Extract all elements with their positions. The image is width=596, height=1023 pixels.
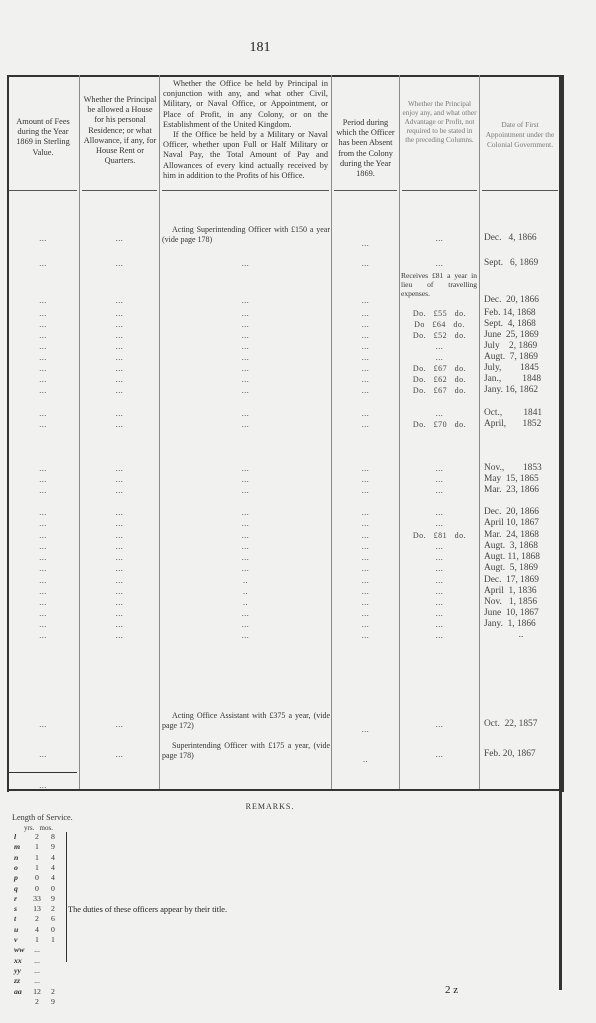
- header-office-part2: If the Office be held by a Military or N…: [163, 130, 328, 181]
- returns-table: [7, 75, 564, 792]
- cell-advantage: ...: [402, 586, 477, 597]
- cell-absent: ...: [334, 552, 397, 563]
- service-yrs: 2: [28, 832, 46, 842]
- service-mos: 2: [46, 987, 60, 997]
- cell-advantage: ...: [402, 258, 477, 269]
- cell-office: ...: [162, 419, 329, 430]
- service-officer-key: v: [14, 935, 28, 945]
- cell-advantage: ...: [402, 597, 477, 608]
- cell-house: ...: [82, 518, 157, 529]
- cell-appointment-date: Dec. 17, 1869: [484, 575, 558, 586]
- cell-house: ...: [82, 408, 157, 419]
- cell-fees: ...: [9, 485, 77, 496]
- cell-absent: ...: [334, 352, 397, 363]
- cell-house: ...: [82, 419, 157, 430]
- cell-office: ..: [162, 597, 329, 608]
- header-rule: [9, 190, 77, 191]
- cell-absent: ...: [334, 385, 397, 396]
- cell-appointment-date: Jany. 1, 1866: [484, 619, 558, 630]
- cell-absent: ...: [334, 308, 397, 319]
- cell-office: ...: [162, 463, 329, 474]
- cell-absent: ...: [334, 295, 397, 306]
- service-officer-key: s: [14, 904, 28, 914]
- cell-absent: ...: [334, 530, 397, 541]
- header-rule: [162, 190, 329, 191]
- cell-fees: ...: [9, 630, 77, 641]
- cell-fees: ...: [9, 295, 77, 306]
- cell-office: ...: [162, 363, 329, 374]
- cell-house: ...: [82, 385, 157, 396]
- column-divider: [399, 75, 400, 790]
- cell-absent: ...: [334, 408, 397, 419]
- cell-fees: ...: [9, 619, 77, 630]
- service-mos: 0: [46, 884, 60, 894]
- cell-office: Superintending Officer with £175 a year,…: [162, 741, 330, 761]
- cell-absent: ...: [334, 258, 397, 269]
- cell-advantage: ...: [402, 485, 477, 496]
- cell-absent: ...: [334, 608, 397, 619]
- cell-office: ...: [162, 258, 329, 269]
- cell-office: ...: [162, 530, 329, 541]
- cell-house: ...: [82, 233, 157, 244]
- service-officer-key: yy: [14, 966, 28, 976]
- cell-appointment-date: Mar. 23, 1866: [484, 485, 558, 496]
- cell-office: ...: [162, 474, 329, 485]
- cell-house: ...: [82, 319, 157, 330]
- cell-fees: ...: [9, 330, 77, 341]
- cell-fees: ...: [9, 575, 77, 586]
- fees-total-rule: [9, 772, 77, 773]
- cell-house: ...: [82, 608, 157, 619]
- service-officer-key: u: [14, 925, 28, 935]
- cell-fees: ...: [9, 719, 77, 730]
- service-yrs: 1: [28, 935, 46, 945]
- cell-office: ...: [162, 408, 329, 419]
- cell-fees: ...: [9, 608, 77, 619]
- column-divider: [159, 75, 160, 790]
- column-divider: [479, 75, 480, 790]
- cell-absent: ...: [334, 507, 397, 518]
- cell-appointment-date: April, 1852: [484, 419, 558, 430]
- signature-mark: 2 z: [445, 984, 458, 996]
- cell-appointment-date: Oct. 22, 1857: [484, 719, 558, 730]
- remarks-title: REMARKS.: [0, 802, 540, 811]
- cell-office: Acting Superintending Officer with £150 …: [162, 225, 330, 245]
- service-officer-key: p: [14, 873, 28, 883]
- cell-fees: ...: [9, 507, 77, 518]
- cell-absent: ...: [334, 419, 397, 430]
- cell-office: ...: [162, 518, 329, 529]
- cell-appointment-date: Feb. 20, 1867: [484, 749, 558, 760]
- cell-absent: ...: [334, 238, 397, 249]
- cell-advantage: Do. £70 do.: [402, 419, 477, 430]
- cell-absent: ...: [334, 563, 397, 574]
- table-bottom-rule: [7, 789, 560, 791]
- cell-appointment-date: Dec. 4, 1866: [484, 233, 558, 244]
- cell-advantage: ...: [402, 608, 477, 619]
- cell-house: ...: [82, 719, 157, 730]
- cell-appointment-date: Sept. 4, 1868: [484, 319, 558, 330]
- service-mos: 9: [46, 894, 60, 904]
- service-yrs: 1: [28, 842, 46, 852]
- cell-appointment-date: Dec. 20, 1866: [484, 507, 558, 518]
- cell-office: ...: [162, 541, 329, 552]
- cell-fees: ...: [9, 419, 77, 430]
- cell-fees: ...: [9, 780, 77, 791]
- service-yrs: 1: [28, 863, 46, 873]
- length-of-service-label: Length of Service.: [12, 813, 73, 822]
- cell-office: ..: [162, 575, 329, 586]
- cell-absent: ...: [334, 474, 397, 485]
- cell-advantage: Do. £81 do.: [402, 530, 477, 541]
- column-divider: [79, 75, 80, 790]
- cell-fees: ...: [9, 319, 77, 330]
- header-rule: [402, 190, 477, 191]
- cell-house: ...: [82, 374, 157, 385]
- cell-absent: ...: [334, 374, 397, 385]
- service-mos: 9: [46, 842, 60, 852]
- service-yrs: 0: [28, 884, 46, 894]
- cell-absent: ...: [334, 619, 397, 630]
- cell-office: ...: [162, 374, 329, 385]
- cell-office: ...: [162, 630, 329, 641]
- cell-absent: ...: [334, 341, 397, 352]
- cell-advantage: ...: [402, 341, 477, 352]
- cell-advantage: Do. £55 do.: [402, 308, 477, 319]
- cell-fees: ...: [9, 308, 77, 319]
- cell-fees: ...: [9, 586, 77, 597]
- cell-appointment-date: June 10, 1867: [484, 608, 558, 619]
- grouping-brace: [62, 832, 67, 962]
- service-officer-key: n: [14, 853, 28, 863]
- cell-absent: ...: [334, 630, 397, 641]
- cell-advantage: ...: [402, 233, 477, 244]
- service-yrs: 2: [28, 914, 46, 924]
- cell-advantage: Do. £62 do.: [402, 374, 477, 385]
- cell-advantage: ...: [402, 408, 477, 419]
- cell-appointment-date: July, 1845: [484, 363, 558, 374]
- cell-fees: ...: [9, 530, 77, 541]
- cell-fees: ...: [9, 463, 77, 474]
- cell-absent: ...: [334, 463, 397, 474]
- service-entry: aa122: [14, 987, 74, 997]
- header-rule: [334, 190, 397, 191]
- service-officer-key: t: [14, 914, 28, 924]
- cell-advantage: ...: [402, 563, 477, 574]
- column-divider: [331, 75, 332, 790]
- cell-absent: ...: [334, 575, 397, 586]
- service-mos: 4: [46, 863, 60, 873]
- cell-absent: ...: [334, 724, 397, 735]
- service-mos: 9: [46, 997, 60, 1007]
- service-yrs: 4: [28, 925, 46, 935]
- header-rule: [82, 190, 157, 191]
- cell-house: ...: [82, 330, 157, 341]
- cell-absent: ...: [334, 485, 397, 496]
- cell-fees: ...: [9, 563, 77, 574]
- service-mos: 4: [46, 873, 60, 883]
- cell-office: ...: [162, 308, 329, 319]
- cell-house: ...: [82, 630, 157, 641]
- cell-appointment-date: Nov. 1, 1856: [484, 597, 558, 608]
- service-officer-key: zz: [14, 976, 28, 986]
- cell-house: ...: [82, 597, 157, 608]
- service-officer-key: q: [14, 884, 28, 894]
- cell-house: ...: [82, 530, 157, 541]
- cell-house: ...: [82, 352, 157, 363]
- cell-advantage: ...: [402, 541, 477, 552]
- cell-advantage: ...: [402, 463, 477, 474]
- cell-absent: ...: [334, 518, 397, 529]
- cell-fees: ...: [9, 258, 77, 269]
- cell-advantage: ...: [402, 719, 477, 730]
- service-mos: 4: [46, 853, 60, 863]
- page-number: 181: [0, 40, 520, 56]
- header-rule: [482, 190, 558, 191]
- cell-absent: ...: [334, 330, 397, 341]
- cell-advantage: ...: [402, 352, 477, 363]
- cell-advantage: Do. £52 do.: [402, 330, 477, 341]
- cell-office: ...: [162, 330, 329, 341]
- cell-office: ...: [162, 295, 329, 306]
- service-yrs: 2: [28, 997, 46, 1007]
- cell-house: ...: [82, 341, 157, 352]
- service-mos: 8: [46, 832, 60, 842]
- cell-office: Acting Office Assistant with £375 a year…: [162, 711, 330, 731]
- cell-office: ...: [162, 619, 329, 630]
- cell-fees: ...: [9, 541, 77, 552]
- cell-appointment-date: July 2, 1869: [484, 341, 558, 352]
- cell-advantage: ...: [402, 630, 477, 641]
- service-officer-key: r: [14, 894, 28, 904]
- cell-advantage: ...: [402, 507, 477, 518]
- cell-appointment-date: Augt. 5, 1869: [484, 563, 558, 574]
- service-yrs: 1: [28, 853, 46, 863]
- header-fees: Amount of Fees during the Year 1869 in S…: [9, 117, 77, 158]
- cell-fees: ...: [9, 363, 77, 374]
- cell-advantage: Do. £67 do.: [402, 385, 477, 396]
- cell-fees: ...: [9, 552, 77, 563]
- cell-advantage: ...: [402, 749, 477, 760]
- cell-advantage: ...: [402, 518, 477, 529]
- service-officer-key: ww: [14, 945, 28, 955]
- cell-office: ...: [162, 552, 329, 563]
- page-margin-rule: [559, 75, 562, 990]
- cell-appointment-date: Feb. 14, 1868: [484, 308, 558, 319]
- cell-office: ...: [162, 385, 329, 396]
- service-yrs: ...: [28, 966, 46, 976]
- cell-appointment-date: Augt. 11, 1868: [484, 552, 558, 563]
- cell-absent: ...: [334, 586, 397, 597]
- cell-office: ...: [162, 341, 329, 352]
- cell-fees: ...: [9, 597, 77, 608]
- cell-fees: ...: [9, 474, 77, 485]
- header-appointment: Date of First Appointment under the Colo…: [482, 120, 558, 151]
- cell-appointment-date: Sept. 6, 1869: [484, 258, 558, 269]
- cell-appointment-date: April 1, 1836: [484, 586, 558, 597]
- service-mos: 0: [46, 925, 60, 935]
- cell-fees: ...: [9, 352, 77, 363]
- cell-house: ...: [82, 563, 157, 574]
- service-yrs: 0: [28, 873, 46, 883]
- cell-office: ...: [162, 608, 329, 619]
- cell-appointment-date: Augt. 7, 1869: [484, 352, 558, 363]
- remarks-note: The duties of these officers appear by t…: [68, 905, 227, 914]
- cell-house: ...: [82, 575, 157, 586]
- cell-advantage: Receives £81 a year in lieu of travellin…: [401, 271, 477, 298]
- cell-house: ...: [82, 474, 157, 485]
- cell-house: ...: [82, 308, 157, 319]
- cell-absent: ...: [334, 319, 397, 330]
- cell-advantage: ...: [402, 619, 477, 630]
- service-mos: 2: [46, 904, 60, 914]
- cell-office: ...: [162, 485, 329, 496]
- cell-appointment-date: ..: [484, 630, 558, 641]
- cell-house: ...: [82, 258, 157, 269]
- header-office-part1: Whether the Office be held by Principal …: [163, 79, 328, 130]
- cell-office: ..: [162, 586, 329, 597]
- cell-fees: ...: [9, 749, 77, 760]
- cell-house: ...: [82, 552, 157, 563]
- cell-fees: ...: [9, 341, 77, 352]
- cell-fees: ...: [9, 408, 77, 419]
- service-entry: yy...: [14, 966, 74, 976]
- service-mos: 6: [46, 914, 60, 924]
- cell-appointment-date: May 15, 1865: [484, 474, 558, 485]
- cell-appointment-date: Oct., 1841: [484, 408, 558, 419]
- service-officer-key: xx: [14, 956, 28, 966]
- header-advantage: Whether the Principal enjoy any, and wha…: [402, 100, 477, 145]
- service-entry: zz...: [14, 976, 74, 986]
- cell-absent: ...: [334, 363, 397, 374]
- service-yrs: ...: [28, 945, 46, 955]
- cell-house: ...: [82, 749, 157, 760]
- service-entry: 29: [14, 997, 74, 1007]
- header-house: Whether the Principal be allowed a House…: [83, 95, 157, 166]
- cell-house: ...: [82, 363, 157, 374]
- cell-house: ...: [82, 295, 157, 306]
- cell-fees: ...: [9, 233, 77, 244]
- cell-advantage: ...: [402, 552, 477, 563]
- cell-house: ...: [82, 463, 157, 474]
- service-yrs: ...: [28, 956, 46, 966]
- cell-advantage: ...: [402, 474, 477, 485]
- cell-advantage: ...: [402, 575, 477, 586]
- cell-office: ...: [162, 563, 329, 574]
- cell-absent: ...: [334, 541, 397, 552]
- service-officer-key: l: [14, 832, 28, 842]
- cell-house: ...: [82, 619, 157, 630]
- cell-house: ...: [82, 485, 157, 496]
- cell-house: ...: [82, 541, 157, 552]
- cell-house: ...: [82, 586, 157, 597]
- cell-appointment-date: June 25, 1869: [484, 330, 558, 341]
- service-officer-key: aa: [14, 987, 28, 997]
- cell-appointment-date: April 10, 1867: [484, 518, 558, 529]
- cell-appointment-date: Nov., 1853: [484, 463, 558, 474]
- cell-fees: ...: [9, 374, 77, 385]
- header-absent: Period during which the Officer has been…: [334, 118, 397, 179]
- service-officer-key: o: [14, 863, 28, 873]
- cell-advantage: Do £64 do.: [402, 319, 477, 330]
- cell-advantage: Do. £67 do.: [402, 363, 477, 374]
- service-yrs: 13: [28, 904, 46, 914]
- cell-appointment-date: Jany. 16, 1862: [484, 385, 558, 396]
- cell-fees: ...: [9, 518, 77, 529]
- cell-appointment-date: Augt. 3, 1868: [484, 541, 558, 552]
- cell-office: ...: [162, 319, 329, 330]
- cell-house: ...: [82, 507, 157, 518]
- cell-office: ...: [162, 507, 329, 518]
- service-yrs: ...: [28, 976, 46, 986]
- service-mos: 1: [46, 935, 60, 945]
- service-officer-key: m: [14, 842, 28, 852]
- service-columns-label: yrs. mos.: [24, 824, 53, 832]
- cell-appointment-date: Mar. 24, 1868: [484, 530, 558, 541]
- cell-fees: ...: [9, 385, 77, 396]
- service-yrs: 33: [28, 894, 46, 904]
- cell-appointment-date: Jan., 1848: [484, 374, 558, 385]
- cell-absent: ..: [334, 754, 397, 765]
- service-yrs: 12: [28, 987, 46, 997]
- cell-appointment-date: Dec. 20, 1866: [484, 295, 558, 306]
- cell-office: ...: [162, 352, 329, 363]
- cell-absent: ...: [334, 597, 397, 608]
